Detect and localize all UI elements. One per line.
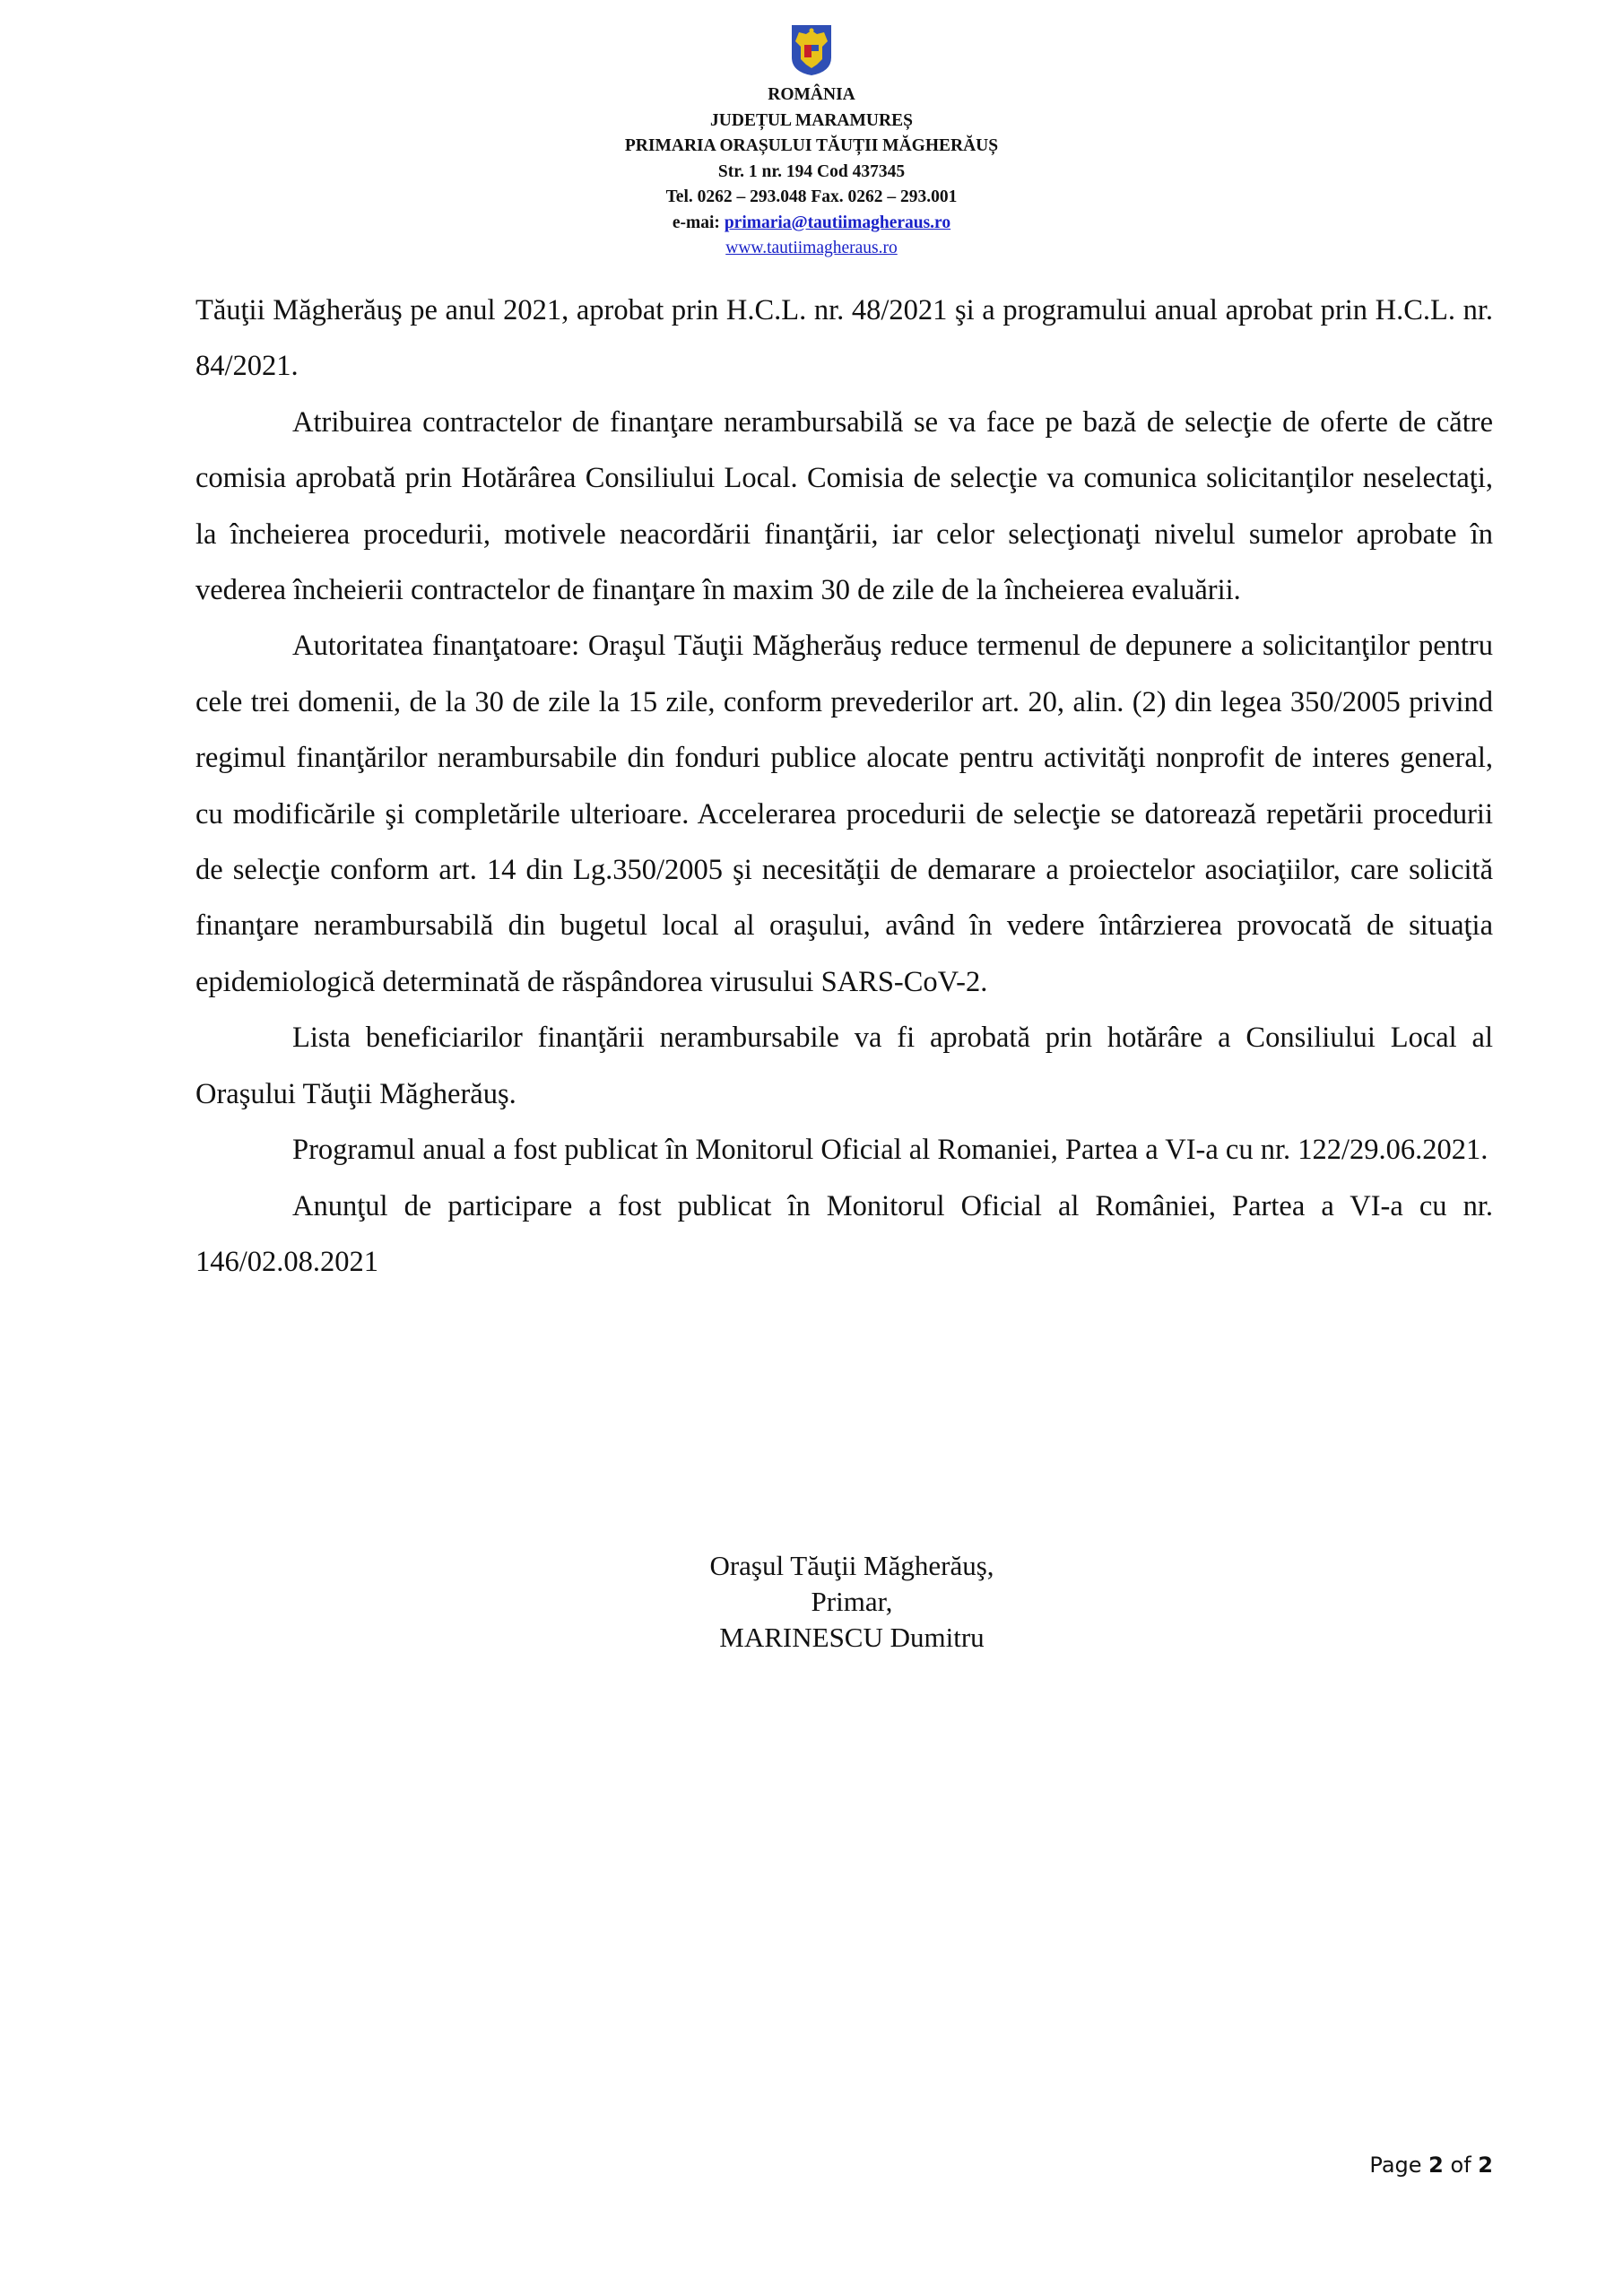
email-link[interactable]: primaria@tautiimagheraus.ro (725, 213, 950, 232)
document-body: Tăuţii Măgherăuş pe anul 2021, aprobat p… (195, 283, 1493, 1290)
paragraph-financing-authority: Autoritatea finanţatoare: Oraşul Tăuţii … (195, 618, 1493, 1010)
paragraph-beneficiary-list: Lista beneficiarilor finanţării nerambur… (195, 1010, 1493, 1122)
romania-coat-of-arms-icon (790, 23, 833, 77)
signature-name: MARINESCU Dumitru (610, 1620, 1094, 1656)
paragraph-participation-notice: Anunţul de participare a fost publicat î… (195, 1178, 1493, 1291)
paragraph-continuation: Tăuţii Măgherăuş pe anul 2021, aprobat p… (195, 283, 1493, 395)
header-address: Str. 1 nr. 194 Cod 437345 (0, 160, 1623, 186)
page-label: Page (1369, 2152, 1421, 2178)
header-phone-fax: Tel. 0262 – 293.048 Fax. 0262 – 293.001 (0, 185, 1623, 211)
header-institution: PRIMARIA ORAȘULUI TĂUȚII MĂGHERĂUȘ (0, 134, 1623, 160)
header-website-row: www.tautiimagheraus.ro (0, 236, 1623, 262)
total-pages: 2 (1478, 2152, 1493, 2178)
website-link[interactable]: www.tautiimagheraus.ro (725, 239, 898, 257)
current-page: 2 (1428, 2152, 1444, 2178)
page-number: Page 2 of 2 (1345, 2152, 1493, 2178)
letterhead: ROMÂNIA JUDEȚUL MARAMUREȘ PRIMARIA ORAȘU… (0, 23, 1623, 262)
email-label: e-mai: (673, 213, 720, 232)
header-county: JUDEȚUL MARAMUREȘ (0, 109, 1623, 135)
paragraph-contract-award: Atribuirea contractelor de finanţare ner… (195, 395, 1493, 619)
of-label: of (1451, 2152, 1471, 2178)
signature-role: Primar, (610, 1584, 1094, 1620)
header-email-row: e-mai: primaria@tautiimagheraus.ro (0, 211, 1623, 237)
header-country: ROMÂNIA (0, 83, 1623, 109)
signature-block: Oraşul Tăuţii Măgherăuş, Primar, MARINES… (610, 1548, 1094, 1656)
signature-entity: Oraşul Tăuţii Măgherăuş, (610, 1548, 1094, 1584)
paragraph-annual-program: Programul anual a fost publicat în Monit… (195, 1122, 1493, 1178)
